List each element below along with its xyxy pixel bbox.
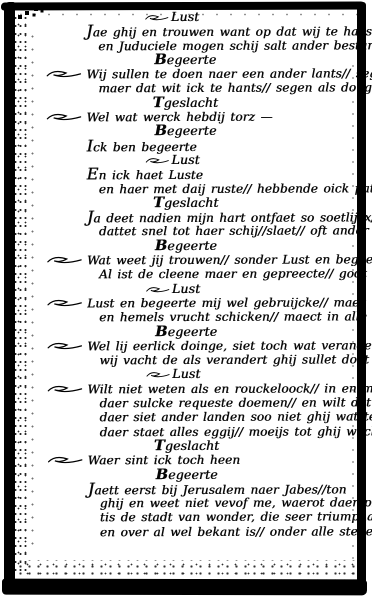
pen-flourish-icon — [146, 285, 170, 294]
line-text: tis de stadt van wonder, die seer triump… — [100, 510, 372, 525]
line-text: Tgeslacht — [153, 95, 219, 110]
speaker-heading: Tgeslacht — [15, 195, 357, 210]
line-text: en over al wel bekant is// onder alle st… — [100, 524, 372, 539]
pen-flourish-icon — [47, 297, 83, 308]
line-text: en haer met daij ruste// hebbende oick p… — [99, 181, 372, 196]
line-text: wij vacht de als verandert ghij sullet d… — [99, 352, 372, 367]
line-text: Begeerte — [156, 466, 218, 481]
speaker-heading: Tgeslacht — [16, 438, 358, 453]
verse-line: daer siet ander landen soo niet ghij wat… — [15, 410, 357, 425]
line-text: maer dat wit ick te hants// segen als do… — [98, 81, 372, 96]
line-text: Lust — [171, 152, 199, 167]
pen-flourish-icon — [47, 340, 83, 351]
speaker-heading: Lust — [15, 367, 357, 382]
line-text: dattet snel tot haer schij//slaet// oft … — [99, 224, 372, 239]
verse-line: Wat weet jij trouwen// sonder Lust en be… — [15, 252, 357, 267]
speaker-heading: Tgeslacht — [14, 95, 356, 110]
line-text: Lust en begeerte mij wel gebruijcke// ma… — [87, 295, 365, 310]
line-text: Lust — [171, 9, 199, 24]
scan-frame-bottom — [2, 579, 367, 596]
line-text: Lust — [172, 281, 200, 296]
speaker-heading: Lust — [15, 152, 357, 167]
pen-flourish-icon — [145, 156, 169, 165]
line-text: En ick haet Luste — [87, 168, 203, 182]
line-text: Wat weet jij trouwen// sonder Lust en be… — [87, 252, 372, 267]
line-text: en Juduciele mogen schij salt ander best… — [98, 38, 372, 53]
line-text: Lust — [172, 366, 200, 381]
line-text: Wel lij eerlick doinge, siet toch wat ve… — [87, 338, 372, 353]
speaker-heading: Begeerte — [15, 324, 357, 339]
verse-line: Ja deet nadien mijn hart ontfaet so soet… — [15, 210, 357, 225]
verse-line: Wel lij eerlick doinge, siet toch wat ve… — [15, 338, 357, 353]
verse-line: Wilt niet weten als en rouckeloock// in … — [15, 381, 357, 396]
verse-line: Wij sullen te doen naer een ander lants/… — [14, 67, 356, 82]
scan-frame-right — [357, 2, 366, 593]
verse-line: En ick haet Luste — [15, 167, 357, 182]
pen-flourish-icon — [146, 370, 170, 379]
verse-line: Waer sint ick toch heen — [16, 453, 358, 468]
verse-line: daer sulcke requeste doemen// en wilt da… — [15, 395, 357, 410]
pen-flourish-icon — [48, 455, 84, 466]
speaker-heading: Begeerte — [14, 52, 356, 67]
speaker-heading: Lust — [15, 281, 357, 296]
line-text: Tgeslacht — [153, 195, 219, 210]
verse-line: tis de stadt van wonder, die seer triump… — [16, 510, 358, 525]
verse-line: Jae ghij en trouwen want op dat wij te h… — [14, 24, 356, 39]
line-text: Begeerte — [154, 123, 216, 138]
pen-flourish-icon — [47, 383, 83, 394]
pen-flourish-icon — [46, 111, 82, 122]
speaker-heading: Lust — [14, 9, 356, 24]
verse-line: en over al wel bekant is// onder alle st… — [16, 524, 358, 539]
pen-flourish-icon — [47, 254, 83, 265]
line-text: en hemels vrucht schicken// maect in all… — [99, 309, 372, 324]
line-text: Begeerte — [154, 52, 216, 67]
verse-line: Lust en begeerte mij wel gebruijcke// ma… — [15, 295, 357, 310]
line-text: Tgeslacht — [154, 438, 220, 453]
ink-blot-cluster — [0, 0, 2, 2]
line-text: ghij en weet niet vevof me, waerot daer … — [100, 495, 372, 510]
manuscript-text: LustJae ghij en trouwen want op dat wij … — [14, 9, 358, 539]
line-text: Wij sullen te doen naer een ander lants/… — [86, 66, 372, 81]
line-text: daer siet ander landen soo niet ghij wat… — [99, 409, 372, 424]
line-text: Begeerte — [155, 323, 217, 338]
pen-flourish-icon — [145, 13, 169, 22]
verse-line: ghij en weet niet vevof me, waerot daer … — [16, 495, 358, 510]
scan-frame-top — [1, 2, 366, 11]
scan-frame-left — [4, 2, 15, 592]
line-text: daer staet alles eggij// moeijs tot ghij… — [100, 424, 372, 439]
speaker-heading: Begeerte — [16, 467, 358, 482]
pen-flourish-icon — [46, 69, 82, 80]
line-text: daer sulcke requeste doemen// en wilt da… — [99, 395, 372, 410]
manuscript-scan: LustJae ghij en trouwen want op dat wij … — [0, 0, 372, 600]
verse-line: Jaett eerst bij Jerusalem naer Jabes//to… — [16, 481, 358, 496]
line-text: Wilt niet weten als en rouckeloock// in … — [87, 381, 372, 396]
speaker-heading: Begeerte — [14, 124, 356, 139]
speaker-heading: Begeerte — [15, 238, 357, 253]
verse-line: en hemels vrucht schicken// maect in all… — [15, 310, 357, 325]
line-text: Al ist de cleene maer en gepreecte// god… — [99, 266, 372, 281]
line-text: Begeerte — [155, 238, 217, 253]
